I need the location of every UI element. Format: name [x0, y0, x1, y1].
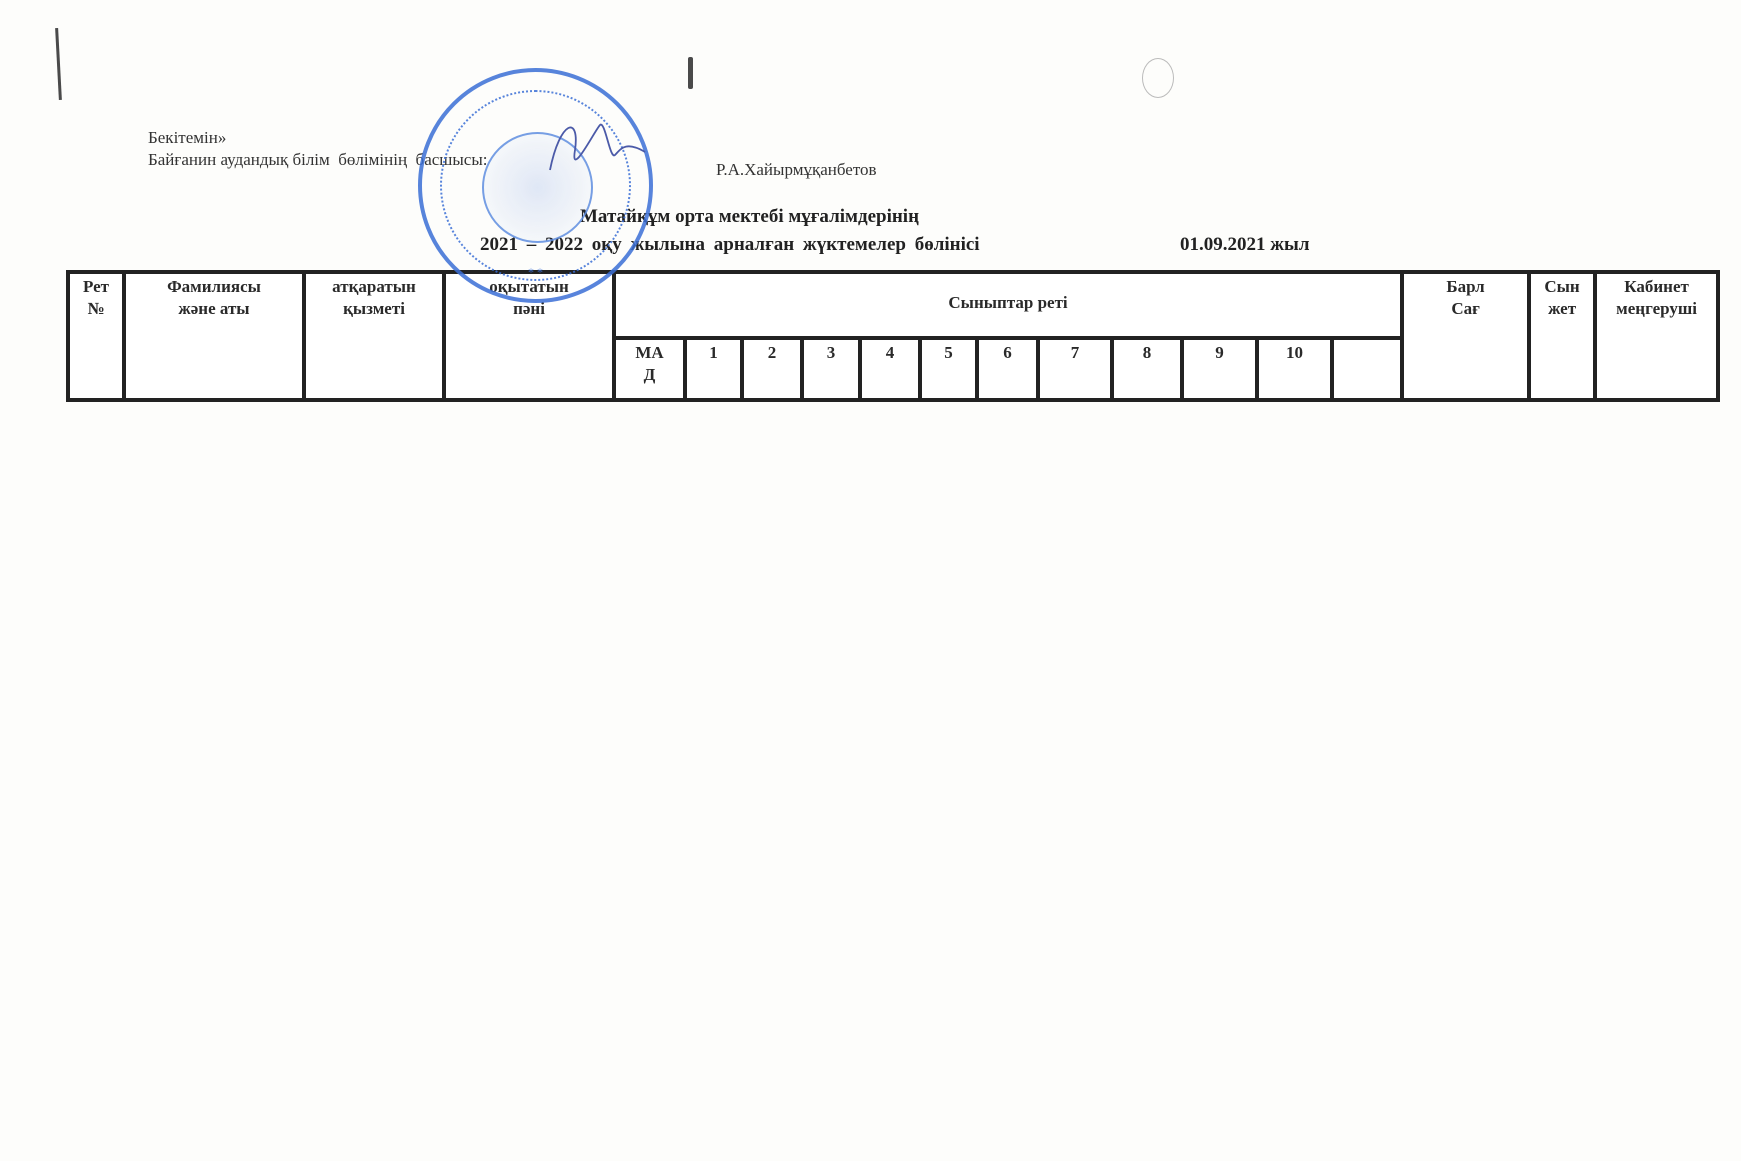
grade-header-8: 8: [1112, 338, 1182, 400]
document-date: 01.09.2021 жыл: [1180, 233, 1310, 257]
col-number-header: Рет №: [68, 272, 124, 400]
grade-header-9: 9: [1182, 338, 1257, 400]
grade-header-МАД: МА Д: [614, 338, 685, 400]
header-row-1: Рет № Фамилиясы және аты атқаратын қызме…: [68, 272, 1718, 338]
grade-header-blank: [1332, 338, 1402, 400]
signature-icon: [540, 110, 650, 180]
approval-block: Бекітемін» Байғанин аудандық білім бөлім…: [148, 127, 488, 171]
title-line-1: Матайқұм орта мектебі мұғалімдерінің: [580, 205, 919, 229]
col-subject-header: оқытатын пәні: [444, 272, 614, 400]
col-class-teacher-header: Сын жет: [1529, 272, 1595, 400]
grade-header-5: 5: [920, 338, 977, 400]
approver-name: Р.А.Хайырмұқанбетов: [716, 160, 877, 180]
grade-header-2: 2: [742, 338, 802, 400]
col-name-header: Фамилиясы және аты: [124, 272, 304, 400]
teacher-load-table: Рет № Фамилиясы және аты атқаратын қызме…: [66, 270, 1720, 402]
approve-label: Бекітемін»: [148, 127, 488, 149]
scan-artifact-circle: [1142, 58, 1174, 98]
grade-header-1: 1: [685, 338, 742, 400]
col-cabinet-header: Кабинет меңгеруші: [1595, 272, 1718, 400]
grade-header-3: 3: [802, 338, 860, 400]
col-grades-group-header: Сыныптар реті: [614, 272, 1402, 338]
col-position-header: атқаратын қызметі: [304, 272, 444, 400]
scan-artifact-mark: [688, 57, 693, 89]
grade-header-10: 10: [1257, 338, 1332, 400]
grade-header-6: 6: [977, 338, 1038, 400]
grade-header-4: 4: [860, 338, 920, 400]
title-line-2: 2021 – 2022 оқу жылына арналған жүктемел…: [480, 233, 980, 257]
scan-artifact-line: [55, 28, 62, 100]
emblem-icon: [482, 132, 593, 243]
grade-header-7: 7: [1038, 338, 1112, 400]
approver-position: Байғанин аудандық білім бөлімінің басшыс…: [148, 149, 488, 171]
official-stamp: * *: [418, 68, 653, 303]
col-total-header: Барл Сағ: [1402, 272, 1529, 400]
